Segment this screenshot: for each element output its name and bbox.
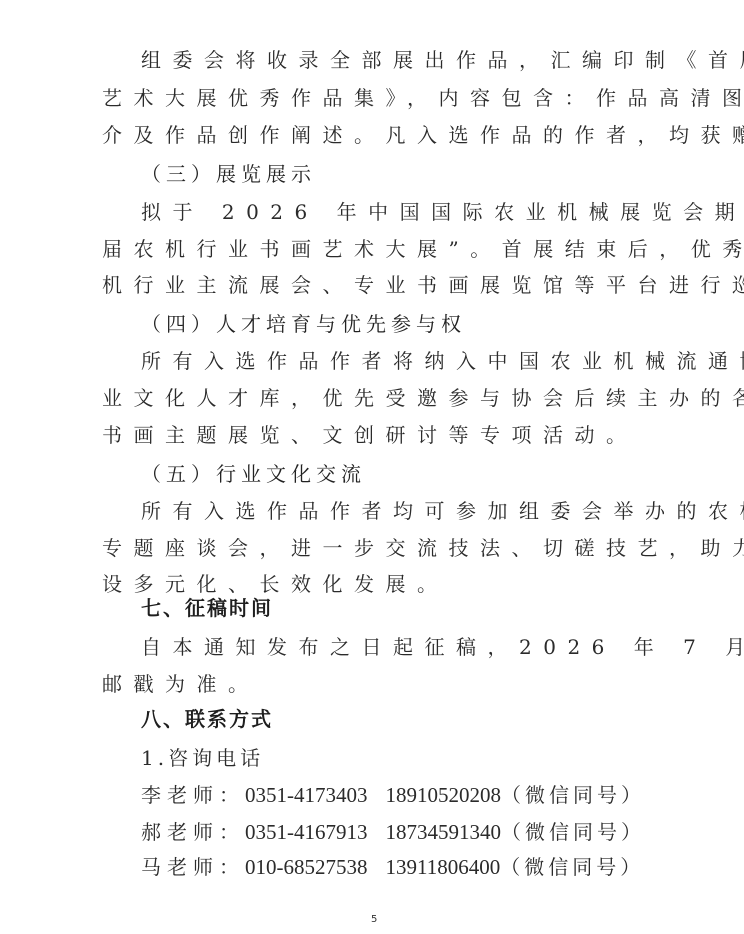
paragraph-collection-line-1: 组委会将收录全部展出作品，汇编印制《首届农机行业书画	[141, 46, 701, 74]
paragraph-culture-line-2: 专题座谈会，进一步交流技法、切磋技艺，助力农机行业文化建	[102, 534, 662, 562]
contact-name: 马老师：	[141, 855, 245, 879]
paragraph-exhibition-line-2: 届农机行业书画艺术大展”。首展结束后，优秀作品将在全国农	[102, 235, 662, 263]
contact-note: （微信同号）	[501, 783, 645, 807]
contact-mobile: 13911806400	[386, 855, 501, 879]
sub-heading-culture-exchange: （五）行业文化交流	[141, 460, 701, 488]
contact-row: 郝老师：0351-416791318734591340（微信同号）	[141, 818, 701, 846]
contact-row: 马老师：010-6852753813911806400（微信同号）	[141, 853, 701, 881]
paragraph-collection-line-2: 艺术大展优秀作品集》，内容包含：作品高清图片、作者个人简	[102, 84, 662, 112]
contact-mobile: 18734591340	[386, 820, 502, 844]
paragraph-culture-line-1: 所有入选作品作者均可参加组委会举办的农机行业书画文化	[141, 497, 701, 525]
paragraph-talent-line-2: 业文化人才库，优先受邀参与协会后续主办的各类行业文化交流、	[102, 384, 662, 412]
contact-name: 李老师：	[141, 783, 245, 807]
paragraph-submission-line-1: 自本通知发布之日起征稿，2026 年 7 月 20 日截止，以当地	[141, 633, 701, 661]
paragraph-collection-line-3: 介及作品创作阐述。凡入选作品的作者，均获赠该作品集一册。	[102, 121, 662, 149]
list-label-phone: 1.咨询电话	[141, 744, 701, 772]
section-heading-contact: 八、联系方式	[141, 705, 701, 733]
paragraph-exhibition-line-1: 拟于 2026 年中国国际农业机械展览会期间，同步举办“首	[141, 198, 701, 226]
contact-name: 郝老师：	[141, 820, 245, 844]
contact-row: 李老师：0351-417340318910520208（微信同号）	[141, 781, 701, 809]
paragraph-talent-line-1: 所有入选作品作者将纳入中国农业机械流通协会媒体分会行	[141, 347, 701, 375]
contact-landline: 0351-4167913	[245, 820, 368, 844]
contact-note: （微信同号）	[500, 855, 644, 879]
contact-mobile: 18910520208	[386, 783, 502, 807]
paragraph-submission-line-2: 邮戳为准。	[102, 670, 662, 698]
document-page: 组委会将收录全部展出作品，汇编印制《首届农机行业书画 艺术大展优秀作品集》，内容…	[0, 0, 744, 934]
paragraph-exhibition-line-3: 机行业主流展会、专业书画展览馆等平台进行巡回展示。	[102, 271, 662, 299]
page-number: 5	[371, 914, 377, 925]
section-heading-submission-period: 七、征稿时间	[141, 594, 701, 622]
contact-note: （微信同号）	[501, 820, 645, 844]
contact-landline: 010-68527538	[245, 855, 368, 879]
paragraph-talent-line-3: 书画主题展览、文创研讨等专项活动。	[102, 421, 662, 449]
sub-heading-exhibition: （三）展览展示	[141, 160, 701, 188]
sub-heading-talent: （四）人才培育与优先参与权	[141, 310, 701, 338]
contact-landline: 0351-4173403	[245, 783, 368, 807]
